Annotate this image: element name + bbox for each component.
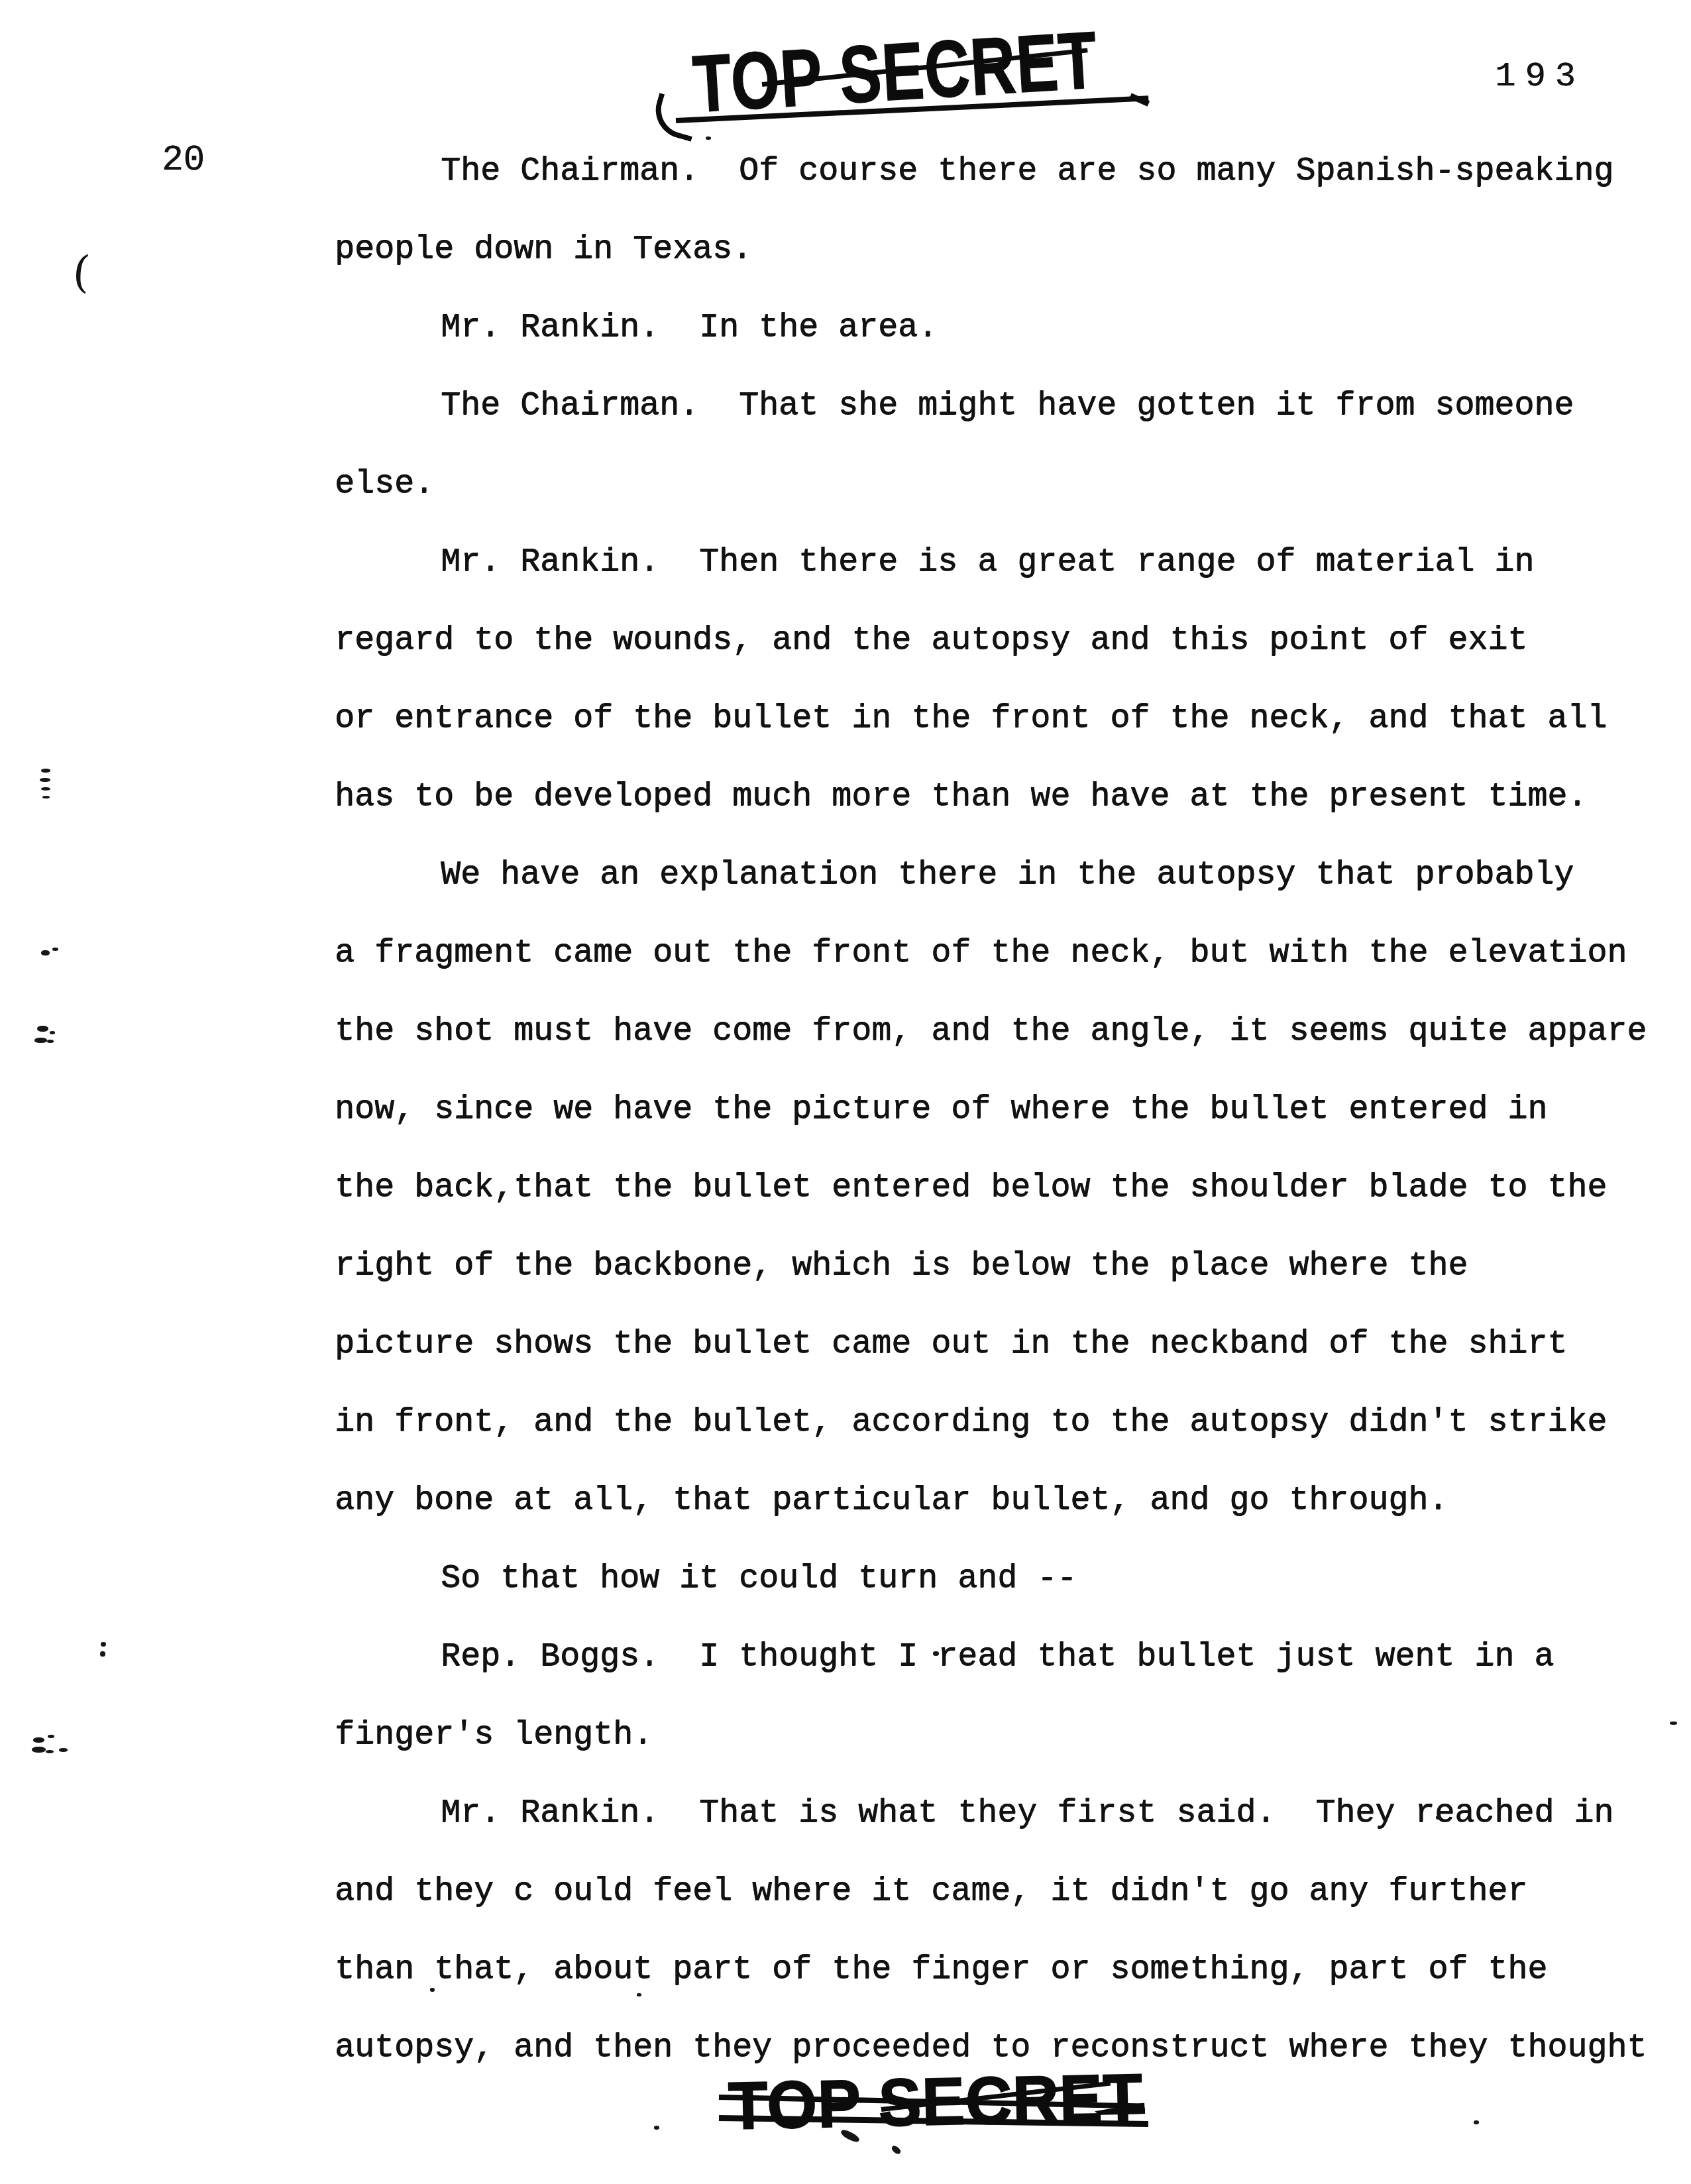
ink-speck — [33, 1737, 44, 1743]
page-number: 193 — [1495, 57, 1585, 96]
transcript-line: or entrance of the bullet in the front o… — [335, 680, 1691, 758]
ink-speck — [52, 948, 58, 951]
transcript-line: regard to the wounds, and the autopsy an… — [335, 602, 1691, 680]
ink-speck — [1436, 1816, 1441, 1820]
transcript-line: in front, and the bullet, according to t… — [335, 1384, 1691, 1462]
ink-speck — [47, 1040, 54, 1043]
ink-speck — [1474, 2120, 1479, 2124]
ink-speck — [637, 1993, 641, 1996]
transcript-line: The Chairman. Of course there are so man… — [335, 133, 1691, 211]
transcript-line: the shot must have come from, and the an… — [335, 993, 1691, 1071]
ink-speck — [654, 2126, 659, 2130]
transcript-line: any bone at all, that particular bullet,… — [335, 1462, 1691, 1540]
transcript-line: picture shows the bullet came out in the… — [335, 1305, 1691, 1384]
transcript-line: else. — [335, 445, 1691, 523]
ink-speck — [42, 796, 50, 798]
transcript-line: people down in Texas. — [335, 211, 1691, 289]
transcript-line: Rep. Boggs. I thought I read that bullet… — [335, 1618, 1691, 1696]
ink-speck — [41, 950, 50, 955]
ink-speck — [32, 1747, 46, 1753]
transcript-line: now, since we have the picture of where … — [335, 1071, 1691, 1149]
margin-paren-mark: ( — [71, 246, 91, 298]
ink-speck — [34, 1038, 47, 1043]
transcript-line: right of the backbone, which is below th… — [335, 1227, 1691, 1305]
ink-speck — [101, 1642, 106, 1647]
ink-speck — [37, 1026, 48, 1032]
ink-speck — [891, 2144, 902, 2156]
transcript-line: Mr. Rankin. In the area. — [335, 289, 1691, 367]
transcript-line: and they c ould feel where it came, it d… — [335, 1853, 1691, 1931]
ink-speck — [933, 1651, 939, 1656]
transcript-line: We have an explanation there in the auto… — [335, 836, 1691, 914]
ink-speck — [41, 787, 50, 791]
ink-speck — [100, 1651, 105, 1657]
ink-speck — [48, 1735, 54, 1738]
margin-line-number: 20 — [162, 140, 205, 181]
ink-speck — [59, 1748, 68, 1752]
ink-speck — [1670, 1721, 1677, 1725]
ink-speck — [46, 1750, 54, 1753]
stamp-strikethrough-tail — [1129, 93, 1150, 106]
transcript-line: Mr. Rankin. That is what they first said… — [335, 1774, 1691, 1853]
ink-speck — [430, 1988, 435, 1992]
transcript-line: a fragment came out the front of the nec… — [335, 914, 1691, 993]
transcript-line: than that, about part of the finger or s… — [335, 1931, 1691, 2009]
ink-speck — [40, 778, 50, 782]
ink-speck — [41, 769, 50, 773]
document-page: TOP SECRET 193 20 ( The Chairman. Of cou… — [0, 0, 1691, 2184]
transcript-line: The Chairman. That she might have gotten… — [335, 367, 1691, 445]
ink-speck — [706, 136, 711, 140]
transcript-line: finger's length. — [335, 1696, 1691, 1774]
ink-speck — [50, 1031, 55, 1034]
transcript-text-block: The Chairman. Of course there are so man… — [335, 133, 1691, 2087]
transcript-line: has to be developed much more than we ha… — [335, 758, 1691, 836]
transcript-line: So that how it could turn and -- — [335, 1540, 1691, 1618]
transcript-line: Mr. Rankin. Then there is a great range … — [335, 523, 1691, 602]
transcript-line: the back,that the bullet entered below t… — [335, 1149, 1691, 1227]
